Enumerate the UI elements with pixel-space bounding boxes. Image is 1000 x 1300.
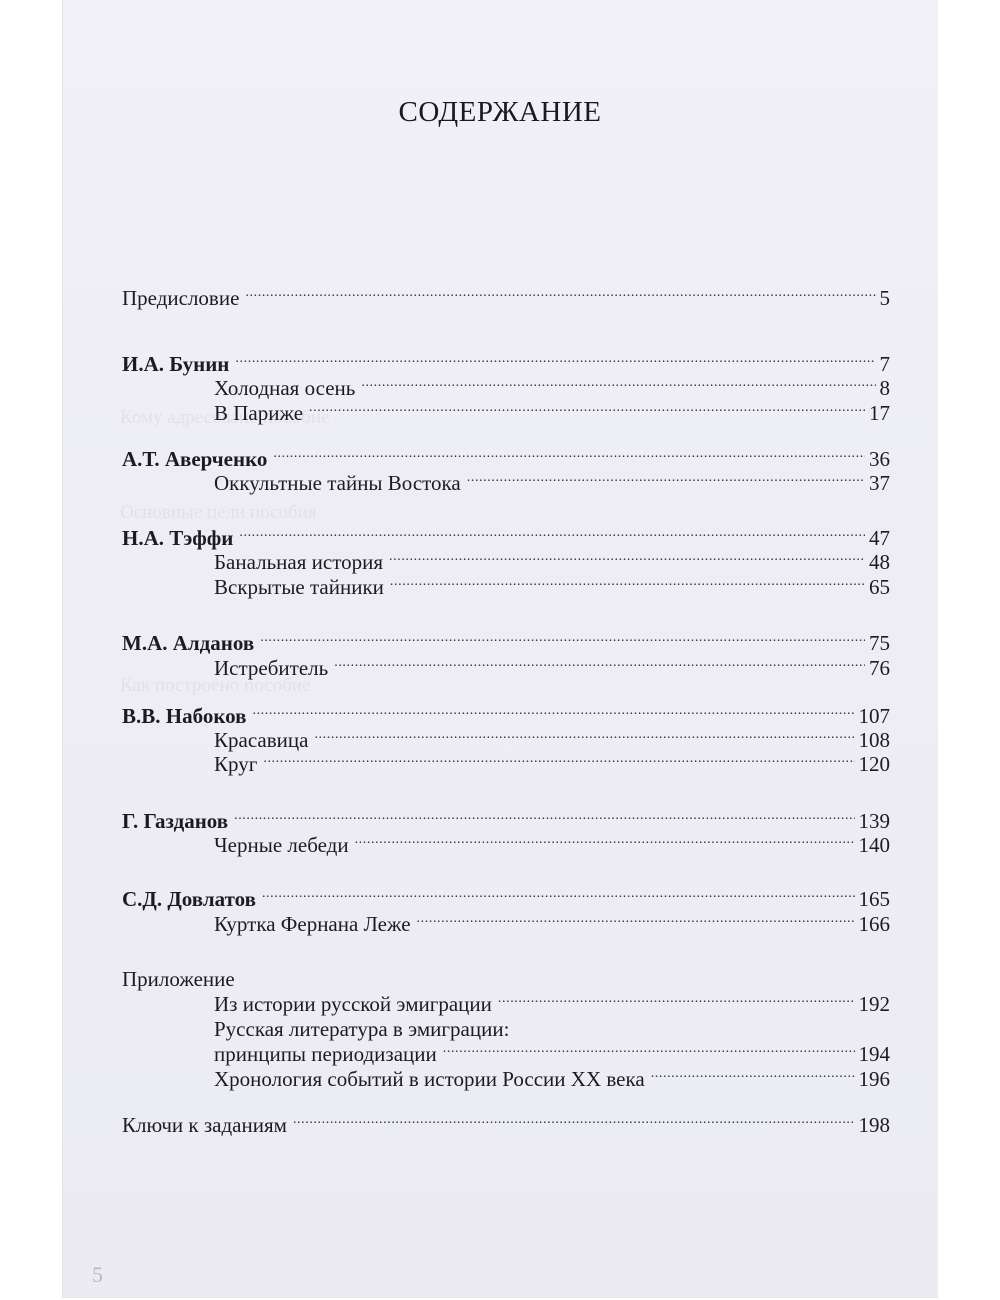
dot-leader <box>245 279 875 305</box>
toc-entry-page: 76 <box>869 655 890 681</box>
toc-entry: Предисловие5 <box>122 279 890 305</box>
toc-entry-title: Круг <box>122 751 257 777</box>
toc-entry: Оккультные тайны Востока37 <box>122 464 890 490</box>
toc-entry-title: Черные лебеди <box>122 832 349 858</box>
toc-entry-page: 17 <box>869 400 890 426</box>
toc-entry-title: В Париже <box>122 400 303 426</box>
toc-entry-title: Вскрытые тайники <box>122 574 384 600</box>
toc-entry: В Париже17 <box>122 394 890 420</box>
toc-entry: Из истории русской эмиграции192 <box>122 985 890 1011</box>
toc-entry-title: Ключи к заданиям <box>122 1112 287 1138</box>
toc-entry: Красавица108 <box>122 721 890 747</box>
dot-leader <box>234 802 854 828</box>
toc-entry-page: 65 <box>869 574 890 600</box>
toc-entry: Н.А. Тэффи47 <box>122 519 890 545</box>
toc-entry-page: 196 <box>859 1066 891 1092</box>
dot-leader <box>334 649 865 675</box>
dot-leader <box>389 543 865 569</box>
toc-entry: Холодная осень8 <box>122 369 890 395</box>
toc-entry: В.В. Набоков107 <box>122 697 890 723</box>
toc-entry: Приложение <box>122 960 890 986</box>
dot-leader <box>235 345 875 371</box>
toc-entry-page: 120 <box>859 751 891 777</box>
dot-leader <box>443 1035 855 1061</box>
toc-entry-page: 37 <box>869 470 890 496</box>
toc-entry: И.А. Бунин7 <box>122 345 890 371</box>
toc-entry-page: 5 <box>880 285 891 311</box>
toc-entry: Банальная история48 <box>122 543 890 569</box>
dot-leader <box>355 826 855 852</box>
dot-leader <box>361 369 875 395</box>
toc-entry: Черные лебеди140 <box>122 826 890 852</box>
dot-leader <box>314 721 854 747</box>
toc-entry: Вскрытые тайники65 <box>122 568 890 594</box>
dot-leader <box>309 394 865 420</box>
toc-entry-page: 166 <box>859 911 891 937</box>
toc-entry-page: 140 <box>859 832 891 858</box>
dot-leader <box>293 1106 855 1132</box>
corner-page-mark: 5 <box>92 1262 103 1288</box>
dot-leader <box>239 519 865 545</box>
toc-entry: Истребитель76 <box>122 649 890 675</box>
toc-entry-title: Истребитель <box>122 655 328 681</box>
dot-leader <box>390 568 865 594</box>
toc-entry: Г. Газданов139 <box>122 802 890 828</box>
toc-entry: Круг120 <box>122 745 890 771</box>
dot-leader <box>260 624 865 650</box>
toc-entry-page: 198 <box>859 1112 891 1138</box>
toc-entry: Ключи к заданиям198 <box>122 1106 890 1132</box>
dot-leader <box>498 985 855 1011</box>
toc-entry: С.Д. Довлатов165 <box>122 880 890 906</box>
toc-entry: М.А. Алданов75 <box>122 624 890 650</box>
toc-entry: принципы периодизации194 <box>122 1035 890 1061</box>
toc-entry: Куртка Фернана Леже166 <box>122 905 890 931</box>
toc-entry: Хронология событий в истории России XX в… <box>122 1060 890 1086</box>
toc-entry-title: Куртка Фернана Леже <box>122 911 411 937</box>
dot-leader <box>262 880 855 906</box>
toc-entry: А.Т. Аверченко36 <box>122 440 890 466</box>
toc-entry: Русская литература в эмиграции: <box>122 1010 890 1036</box>
dot-leader <box>651 1060 855 1086</box>
page-title: СОДЕРЖАНИЕ <box>0 96 1000 129</box>
dot-leader <box>273 440 865 466</box>
toc-entry-title: Хронология событий в истории России XX в… <box>122 1066 645 1092</box>
toc-entry-title: Предисловие <box>122 285 239 311</box>
dot-leader <box>252 697 854 723</box>
dot-leader <box>263 745 854 771</box>
dot-leader <box>417 905 855 931</box>
toc-entry-title: Оккультные тайны Востока <box>122 470 461 496</box>
dot-leader <box>467 464 865 490</box>
